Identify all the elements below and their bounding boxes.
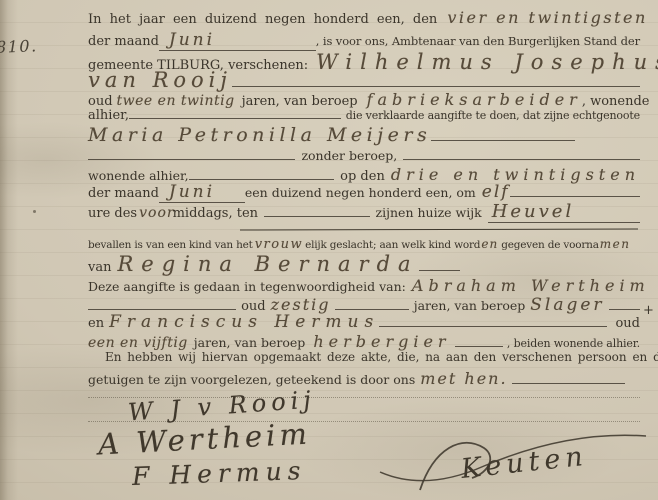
fill-rule bbox=[232, 86, 640, 87]
hw-house-wijk: Heuvel bbox=[492, 201, 575, 222]
fill-rule bbox=[609, 309, 640, 310]
signature-official-group: Keuten bbox=[376, 414, 650, 496]
margin-plus-mark: + bbox=[643, 303, 654, 318]
printed-text: getuigen te zijn voorgelezen, geteekend … bbox=[88, 372, 415, 387]
fill-rule bbox=[431, 140, 575, 141]
printed-text: bevallen is van een kind van het bbox=[88, 239, 253, 251]
act-line-10: der maand Juni een duizend negen honderd… bbox=[88, 182, 640, 203]
hw-plural-correction: en bbox=[481, 237, 498, 251]
printed-text: In het jaar een duizend negen honderd ee… bbox=[88, 12, 437, 27]
hw-witness2-age: een en vijftig bbox=[88, 335, 188, 351]
printed-text: oud bbox=[88, 94, 113, 109]
fill-rule bbox=[510, 196, 640, 197]
birth-certificate-page: 810. In het jaar een duizend negen honde… bbox=[0, 0, 658, 500]
act-line-11: ure des voor middags, ten zijnen huize w… bbox=[88, 201, 640, 223]
fill-rule bbox=[335, 309, 409, 310]
printed-text: alhier, bbox=[88, 108, 129, 123]
fill-rule bbox=[512, 383, 625, 384]
hw-witness2-occupation: herbergier bbox=[313, 332, 450, 351]
act-line-17: en Franciscus Hermus oud bbox=[88, 312, 640, 332]
hw-declarant-occupation: fabrieksarbeider bbox=[367, 90, 582, 109]
fill-rule: Juni bbox=[159, 30, 316, 51]
printed-text: der maand bbox=[88, 34, 159, 49]
printed-text: elijk geslacht; aan welk kind word bbox=[305, 239, 480, 251]
fill-rule bbox=[129, 118, 341, 119]
act-line-8: zonder beroep, bbox=[88, 148, 640, 163]
act-line-13: bevallen is van een kind van het vrouw e… bbox=[88, 237, 640, 252]
act-line-7: Maria Petronilla Meijers bbox=[88, 124, 575, 146]
printed-text: van bbox=[88, 260, 111, 275]
printed-text: oud bbox=[615, 316, 640, 331]
act-line-20: getuigen te zijn voorgelezen, geteekend … bbox=[88, 369, 625, 388]
printed-text: En hebben wij hiervan opgemaakt deze akt… bbox=[105, 350, 658, 364]
act-line-15: Deze aangifte is gedaan in tegenwoordigh… bbox=[88, 276, 640, 295]
hw-mother-name: Maria Petronilla Meijers bbox=[88, 124, 431, 146]
hw-declarant-age: twee en twintig bbox=[117, 93, 235, 109]
act-line-4: van Rooij bbox=[88, 68, 640, 92]
signature-official: Keuten bbox=[458, 441, 589, 485]
printed-text: middags, ten bbox=[173, 206, 258, 221]
act-line-14: van Regina Bernarda bbox=[88, 252, 460, 276]
act-line-19: En hebben wij hiervan opgemaakt deze akt… bbox=[88, 350, 640, 364]
fill-rule bbox=[189, 179, 335, 180]
printed-text: , is voor ons, Ambtenaar van den Burgerl… bbox=[316, 34, 640, 48]
act-line-5: oud twee en twintig jaren, van beroep fa… bbox=[88, 90, 640, 109]
hw-declarant-surname: van Rooij bbox=[88, 68, 232, 92]
printed-text: Deze aangifte is gedaan in tegenwoordigh… bbox=[88, 279, 406, 294]
printed-text: zonder beroep, bbox=[301, 148, 397, 163]
signature-witness2: F Hermus bbox=[132, 456, 307, 491]
hw-names-suffix: men bbox=[600, 237, 631, 251]
hw-witness2-name: Franciscus Hermus bbox=[109, 312, 379, 332]
printed-text: zijnen huize wijk bbox=[376, 205, 482, 220]
printed-text: , wonende bbox=[582, 94, 650, 109]
act-line-6: alhier, die verklaarde aangifte te doen,… bbox=[88, 108, 640, 123]
fill-rule bbox=[379, 326, 607, 327]
act-line-2: der maand Juni , is voor ons, Ambtenaar … bbox=[88, 30, 640, 51]
printed-text: die verklaarde aangifte te doen, dat zij… bbox=[346, 109, 640, 122]
printed-text: jaren, van beroep bbox=[194, 335, 306, 350]
fill-rule: Heuvel bbox=[488, 201, 640, 223]
fill-rule bbox=[264, 216, 370, 217]
printed-text: jaren, van beroep bbox=[414, 298, 526, 313]
printed-text: ure des bbox=[88, 206, 137, 221]
section-divider-rule bbox=[240, 228, 638, 230]
hw-birth-hour: elf bbox=[482, 182, 510, 202]
printed-text: , beiden wonende alhier. bbox=[507, 337, 640, 350]
fill-rule bbox=[88, 159, 295, 160]
printed-text: wonende alhier, bbox=[88, 168, 189, 183]
hw-daypart: voor bbox=[139, 205, 174, 221]
printed-text: der maand bbox=[88, 186, 159, 201]
act-line-1: In het jaar een duizend negen honderd ee… bbox=[88, 8, 640, 27]
printed-text: jaren, van beroep bbox=[242, 94, 358, 109]
hw-witness1-name: Abraham Wertheim bbox=[412, 276, 650, 295]
hw-birth-month: Juni bbox=[169, 182, 215, 202]
hw-child-gender: vrouw bbox=[255, 237, 303, 252]
ink-speck bbox=[33, 210, 36, 213]
fill-rule: Juni bbox=[159, 182, 245, 203]
fill-rule bbox=[455, 346, 503, 347]
hw-child-name: Regina Bernarda bbox=[117, 252, 418, 276]
printed-text: en bbox=[88, 316, 104, 331]
fill-rule bbox=[403, 159, 640, 160]
fill-rule bbox=[419, 270, 460, 271]
hw-declaration-month: Juni bbox=[169, 30, 215, 50]
act-number: 810. bbox=[0, 36, 38, 56]
printed-text: gegeven de voorna bbox=[501, 239, 599, 251]
fill-rule bbox=[88, 309, 236, 310]
printed-text: een duizend negen honderd een, om bbox=[245, 185, 476, 200]
hw-signing-note: met hen. bbox=[420, 369, 507, 388]
act-line-18: een en vijftig jaren, van beroep herberg… bbox=[88, 332, 640, 351]
hw-declaration-day: vier en twintigsten bbox=[447, 8, 647, 27]
